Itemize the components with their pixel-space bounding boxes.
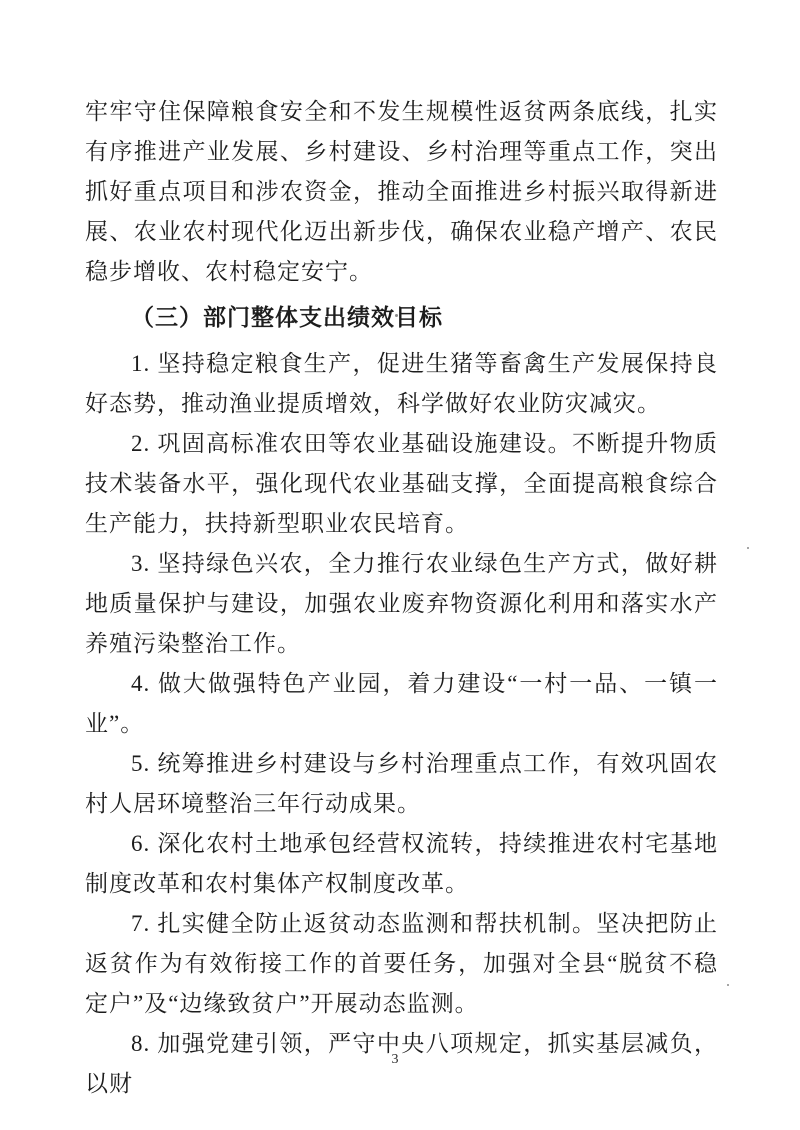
goal-item-4: 4. 做大做强特色产业园，着力建设“一村一品、一镇一业”。: [85, 664, 718, 744]
page-number: 3: [0, 1050, 790, 1070]
goal-item-6: 6. 深化农村土地承包经营权流转，持续推进农村宅基地制度改革和农村集体产权制度改…: [85, 824, 718, 904]
scan-speck: [747, 547, 749, 549]
goal-item-3: 3. 坚持绿色兴农，全力推行农业绿色生产方式，做好耕地质量保护与建设，加强农业废…: [85, 544, 718, 664]
document-body: 牢牢守住保障粮食安全和不发生规模性返贫两条底线，扎实有序推进产业发展、乡村建设、…: [85, 92, 718, 1104]
section-heading: （三）部门整体支出绩效目标: [85, 298, 718, 338]
goal-item-5: 5. 统筹推进乡村建设与乡村治理重点工作，有效巩固农村人居环境整治三年行动成果。: [85, 744, 718, 824]
scan-speck: [727, 984, 729, 986]
document-page: 牢牢守住保障粮食安全和不发生规模性返贫两条底线，扎实有序推进产业发展、乡村建设、…: [0, 0, 800, 1130]
goal-item-1: 1. 坚持稳定粮食生产，促进生猪等畜禽生产发展保持良好态势，推动渔业提质增效，科…: [85, 344, 718, 424]
paragraph-continuation: 牢牢守住保障粮食安全和不发生规模性返贫两条底线，扎实有序推进产业发展、乡村建设、…: [85, 92, 718, 292]
goal-item-7: 7. 扎实健全防止返贫动态监测和帮扶机制。坚决把防止返贫作为有效衔接工作的首要任…: [85, 904, 718, 1024]
scan-speck: [395, 314, 398, 317]
goal-item-2: 2. 巩固高标准农田等农业基础设施建设。不断提升物质技术装备水平，强化现代农业基…: [85, 424, 718, 544]
